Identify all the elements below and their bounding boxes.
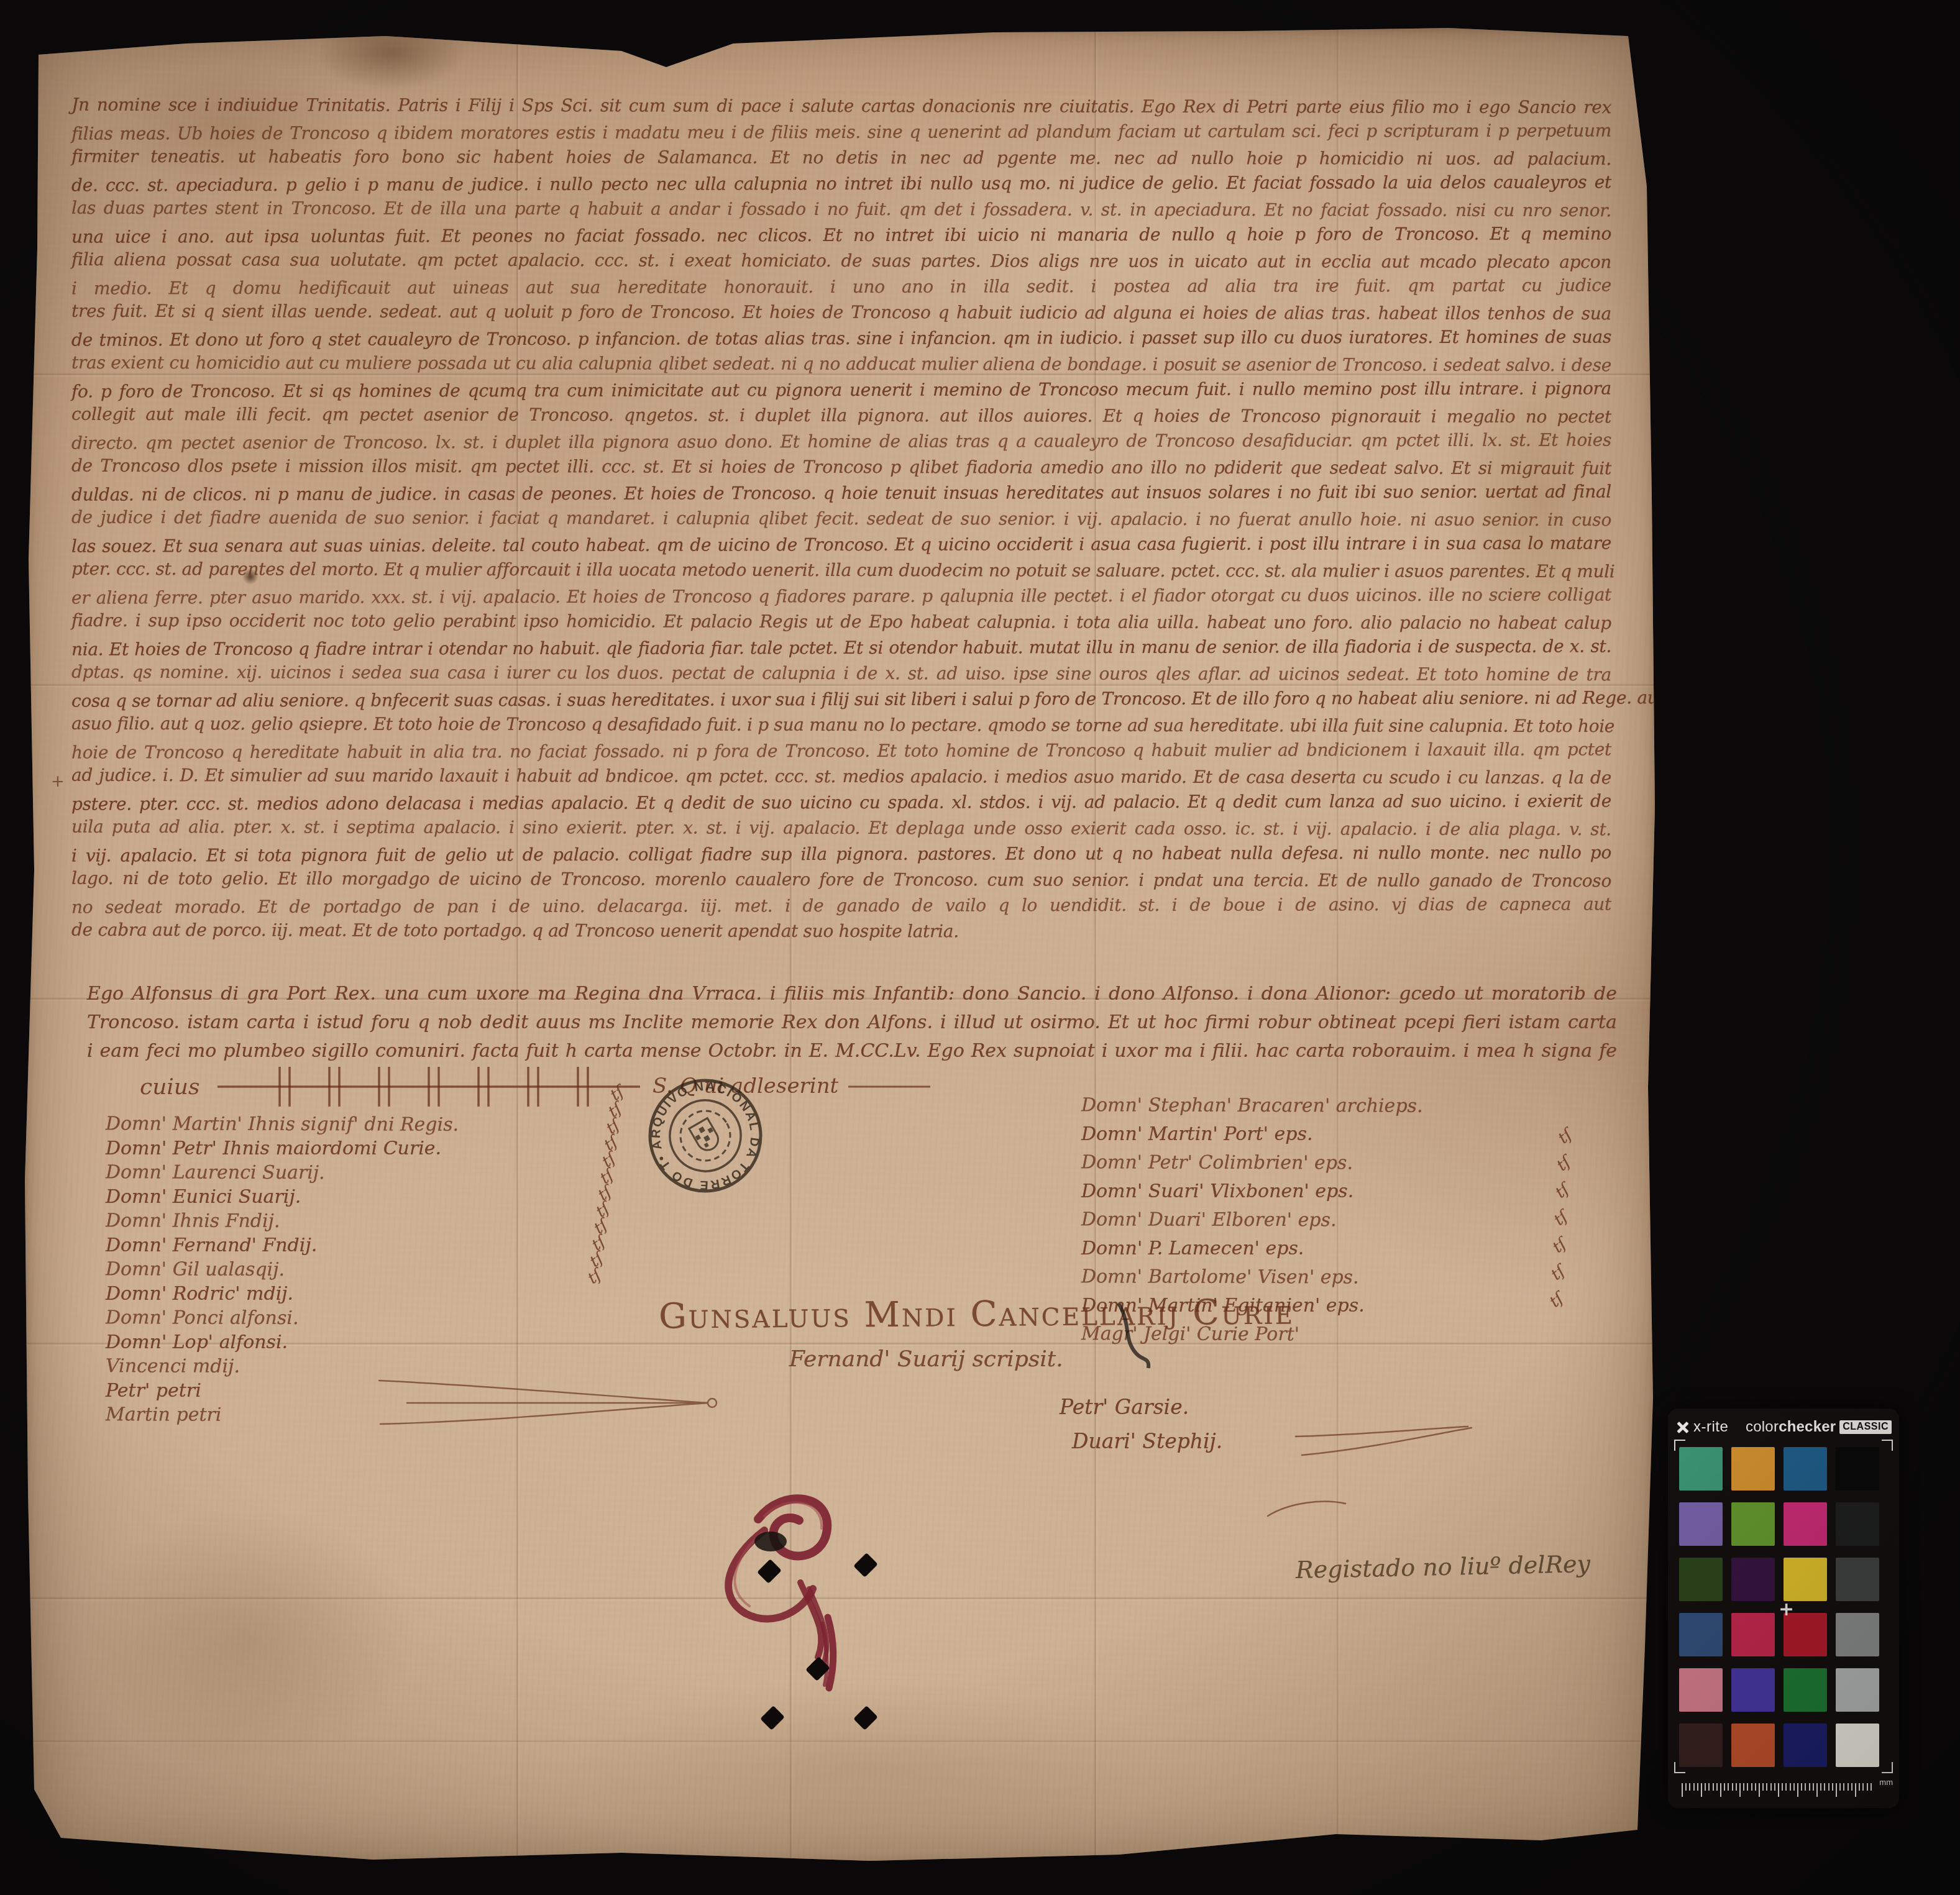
witness-name: Domn' Ponci alfonsi. (106, 1305, 459, 1330)
witness-name: Petr' petri (106, 1379, 459, 1403)
color-patch (1836, 1502, 1879, 1546)
corroboration-line: i eam feci mo plumbeo sigillo comuniri. … (87, 1037, 1617, 1066)
charter-text-line: una uice i ano. aut ipsa uoluntas fuit. … (71, 221, 1611, 250)
charter-text-line: no sedeat morado. Et de portadgo de pan … (71, 891, 1611, 920)
color-patch (1836, 1447, 1879, 1491)
witness-name: Martin petri (106, 1402, 459, 1427)
color-patch (1679, 1558, 1723, 1601)
witness-name: Vincenci mdij. (106, 1354, 459, 1379)
color-patch (1784, 1668, 1827, 1712)
witness-name: Domn' Duari' Elboren' eps. (1081, 1205, 1423, 1235)
charter-text-line: ad judice. i. D. Et simulier ad suu mari… (71, 762, 1611, 791)
witness-name: Domn' Gil ualasqij. (106, 1257, 459, 1282)
seal-slit (754, 1532, 787, 1551)
color-patch (1679, 1502, 1723, 1546)
mm-ruler (1682, 1783, 1874, 1797)
charter-text-line: pter. ccc. st. ad parentes del morto. Et… (71, 556, 1611, 585)
xrite-logo-icon (1677, 1421, 1689, 1433)
charter-text-line: asuo filio. aut q uoz. gelio qsiepre. Et… (71, 711, 1611, 739)
charter-text-line: i vij. apalacio. Et si tota pignora fuit… (71, 839, 1611, 869)
title-bold: checker (1779, 1418, 1836, 1435)
witness-name: Domn' Lop' alfonsi. (106, 1330, 459, 1354)
title-light: color (1746, 1418, 1779, 1435)
crop-mark (1882, 1440, 1893, 1451)
charter-text-line: firmiter teneatis. ut habeatis foro bono… (71, 144, 1611, 172)
charter-text-line: tras exient cu homicidio aut cu muliere … (71, 350, 1611, 378)
color-patch (1679, 1613, 1723, 1656)
witness-name: Domn' Martin' Ihnis signif' dni Regis. (106, 1112, 459, 1136)
color-patch (1836, 1613, 1879, 1656)
witness-name: Domn' Fernand' Fndij. (106, 1233, 459, 1258)
witness-name: Domn' Bartolome' Visen' eps. (1081, 1263, 1423, 1292)
color-patch (1836, 1558, 1879, 1601)
scribe-line: Fernand' Suarij scripsit. (789, 1346, 1063, 1372)
witness-name: Domn' Petr' Colimbrien' eps. (1081, 1148, 1423, 1177)
charter-text-line: fo. p foro de Troncoso. Et si qs homines… (71, 375, 1611, 404)
corroboration-line: Troncoso. istam carta i istud foru q nob… (87, 1008, 1617, 1037)
stamp-coat-of-arms (671, 1102, 739, 1169)
witness-name: Domn' Stephan' Bracaren' archieps. (1081, 1091, 1423, 1120)
crop-mark (1882, 1762, 1893, 1773)
witness-name: Domn' Suari' Vlixbonen' eps. (1081, 1177, 1423, 1206)
charter-text-line: directo. qm pectet asenior de Troncoso. … (71, 427, 1611, 456)
charter-text-line: de judice i det fiadre auenida de suo se… (71, 505, 1611, 533)
color-patch (1679, 1668, 1723, 1712)
colorchecker-header: x-rite colorchecker CLASSIC (1677, 1418, 1892, 1436)
color-patch (1731, 1447, 1775, 1491)
color-patch (1731, 1502, 1775, 1546)
charter-text-line: las duas partes stent in Troncoso. Et de… (71, 195, 1611, 224)
charter-text-line: las souez. Et sua senara aut suas uinias… (71, 530, 1611, 559)
classic-badge: CLASSIC (1839, 1420, 1892, 1434)
charter-text-line: filia aliena possat casa sua uolutate. q… (71, 247, 1611, 275)
witness-name: Domn' Petr' Ihnis maiordomi Curie. (106, 1136, 459, 1161)
parchment-sheet: Jn nomine sce i indiuidue Trinitatis. Pa… (25, 28, 1656, 1867)
witness-name: Domn' Laurenci Suarij. (106, 1160, 459, 1185)
margin-cross-mark: + (51, 772, 65, 791)
charter-text-line: nia. Et hoies de Troncoso q fiadre intra… (71, 633, 1611, 662)
color-patch (1836, 1668, 1879, 1712)
charter-text-line: hoie de Troncoso q hereditate habuit in … (71, 736, 1611, 765)
witness-name: Domn' P. Lamecen' eps. (1081, 1235, 1423, 1263)
witness-name: Domn' Ihnis Fndij. (106, 1208, 459, 1233)
charter-text-line: dptas. qs nomine. xij. uicinos i sedea s… (71, 659, 1611, 688)
color-patch (1784, 1558, 1827, 1601)
charter-text-line: i medio. Et q domu hedificauit aut uinea… (71, 272, 1611, 301)
color-patch (1836, 1724, 1879, 1767)
charter-text-line: de cabra aut de porco. iij. meat. Et de … (71, 917, 1611, 946)
charter-text-line: duldas. ni de clicos. ni p manu de judic… (71, 478, 1611, 508)
charter-main-text: Jn nomine sce i indiuidue Trinitatis. Pa… (71, 93, 1611, 944)
charter-text-line: uila puta ad alia. pter. x. st. i septim… (71, 814, 1611, 842)
chancellor-line: Gunsaluus Mndi Cancellarij Curie (659, 1292, 1295, 1336)
xrite-brand: x-rite (1677, 1418, 1728, 1436)
color-patch (1731, 1613, 1775, 1656)
witness-name: Domn' Martin' Port' eps. (1081, 1120, 1423, 1149)
charter-text-line: cosa q se tornar ad aliu seniore. q bnfe… (71, 685, 1611, 714)
color-patch (1784, 1724, 1827, 1767)
witness-name: Duari' Stephij. (1072, 1429, 1222, 1453)
corroboration-paragraph: Ego Alfonsus di gra Port Rex. una cum ux… (87, 980, 1617, 1066)
color-patch (1679, 1724, 1723, 1767)
photo-stage: Jn nomine sce i indiuidue Trinitatis. Pa… (0, 0, 1960, 1895)
color-patch (1784, 1502, 1827, 1546)
witness-name: Petr' Garsie. (1060, 1395, 1189, 1419)
color-patch (1731, 1668, 1775, 1712)
charter-text-line: pstere. pter. ccc. st. medios adono dela… (71, 788, 1611, 817)
charter-text-line: de Troncoso dlos psete i mission illos m… (71, 453, 1611, 482)
color-patch (1679, 1447, 1723, 1491)
charter-text-line: filias meas. Ub hoies de Troncoso q ibid… (71, 117, 1611, 147)
charter-text-line: tres fuit. Et si q sient illas uende. se… (71, 298, 1611, 327)
charter-text-line: fiadre. i sup ipso occiderit noc toto ge… (71, 608, 1611, 636)
seal-threads (671, 1482, 882, 1730)
charter-text-line: lago. ni de toto gelio. Et illo morgadgo… (71, 865, 1611, 894)
color-patch (1731, 1724, 1775, 1767)
charter-text-line: de tminos. Et dono ut foro q stet cauale… (71, 324, 1611, 353)
xrite-brand-label: x-rite (1693, 1418, 1728, 1436)
witness-name: Domn' Eunici Suarij. (106, 1185, 459, 1209)
ruler-unit-label: mm (1879, 1778, 1893, 1787)
corroboration-line: Ego Alfonsus di gra Port Rex. una cum ux… (87, 980, 1617, 1008)
witness-name: Domn' Rodric' mdij. (106, 1282, 459, 1306)
color-patch (1784, 1447, 1827, 1491)
colorchecker-card: x-rite colorchecker CLASSIC + mm (1668, 1409, 1899, 1808)
charter-text-line: er aliena ferre. pter asuo marido. xxx. … (71, 582, 1611, 611)
color-patch (1731, 1558, 1775, 1601)
witness-column-left: Domn' Martin' Ihnis signif' dni Regis.Do… (106, 1112, 459, 1427)
colorchecker-title: colorchecker CLASSIC (1746, 1418, 1892, 1436)
charter-text-line: de. ccc. st. apeciadura. p gelio i p man… (71, 169, 1611, 198)
center-crosshair: + (1779, 1599, 1794, 1620)
charter-text-line: Jn nomine sce i indiuidue Trinitatis. Pa… (71, 92, 1611, 121)
charter-text-line: collegit aut male illi fecit. qm pectet … (71, 401, 1611, 430)
